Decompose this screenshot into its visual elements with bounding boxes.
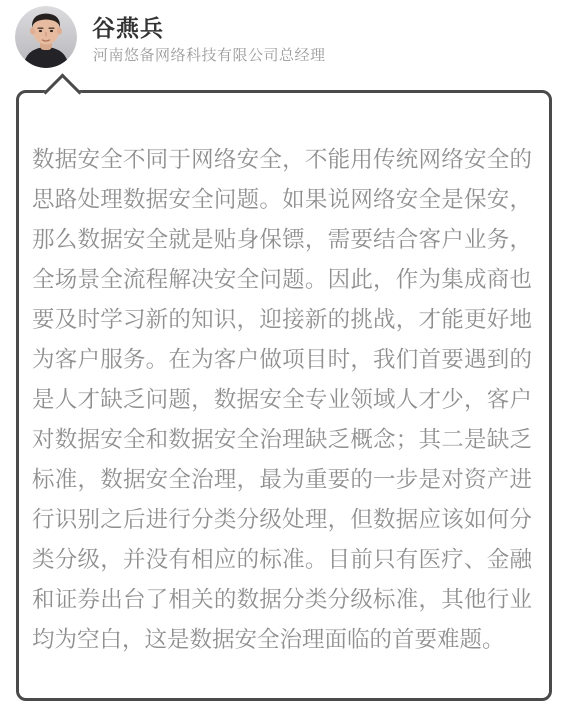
avatar-photo-icon xyxy=(15,6,77,68)
quote-bubble: 数据安全不同于网络安全，不能用传统网络安全的思路处理数据安全问题。如果说网络安全… xyxy=(16,90,552,701)
person-title: 河南悠备网络科技有限公司总经理 xyxy=(93,44,326,65)
quote-text: 数据安全不同于网络安全，不能用传统网络安全的思路处理数据安全问题。如果说网络安全… xyxy=(32,140,532,660)
avatar xyxy=(15,6,77,68)
quote-card: 谷燕兵 河南悠备网络科技有限公司总经理 数据安全不同于网络安全，不能用传统网络安… xyxy=(0,0,580,713)
person-name: 谷燕兵 xyxy=(92,10,164,43)
bubble-pointer-up-icon xyxy=(43,73,81,111)
